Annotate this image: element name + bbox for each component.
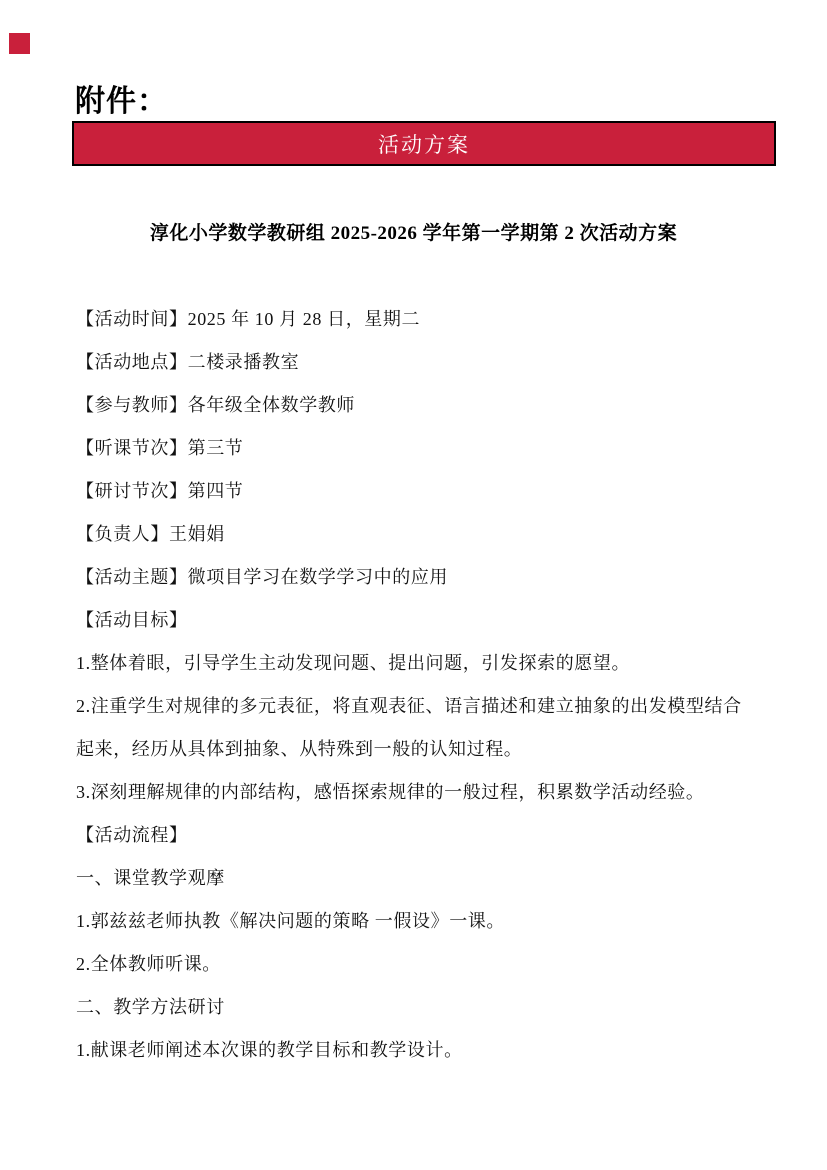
red-corner-marker: [9, 33, 30, 54]
body-line: 【活动地点】二楼录播教室: [76, 341, 757, 384]
body-line: 【参与教师】各年级全体数学教师: [76, 384, 757, 427]
body-line: 【活动流程】: [76, 814, 757, 857]
body-line: 1.整体着眼，引导学生主动发现问题、提出问题，引发探索的愿望。: [76, 642, 757, 685]
document-title: 淳化小学数学教研组 2025-2026 学年第一学期第 2 次活动方案: [60, 218, 767, 245]
body-line: 1.郭兹兹老师执教《解决问题的策略 一假设》一课。: [76, 900, 757, 943]
body-line: 3.深刻理解规律的内部结构，感悟探索规律的一般过程，积累数学活动经验。: [76, 771, 757, 814]
body-line: 【听课节次】第三节: [76, 427, 757, 470]
body-line: 起来，经历从具体到抽象、从特殊到一般的认知过程。: [76, 728, 757, 771]
banner-title: 活动方案: [378, 129, 470, 159]
body-line: 2.全体教师听课。: [76, 943, 757, 986]
document-body: 【活动时间】2025 年 10 月 28 日，星期二【活动地点】二楼录播教室【参…: [76, 298, 757, 1072]
body-line: 【活动主题】微项目学习在数学学习中的应用: [76, 556, 757, 599]
body-line: 【活动目标】: [76, 599, 757, 642]
body-line: 1.献课老师阐述本次课的教学目标和教学设计。: [76, 1029, 757, 1072]
body-line: 一、课堂教学观摩: [76, 857, 757, 900]
body-line: 【负责人】王娟娟: [76, 513, 757, 556]
body-line: 2.注重学生对规律的多元表征，将直观表征、语言描述和建立抽象的出发模型结合: [76, 685, 757, 728]
banner: 活动方案: [72, 121, 776, 166]
document-page: 附件： 活动方案 淳化小学数学教研组 2025-2026 学年第一学期第 2 次…: [0, 0, 827, 1170]
body-line: 二、教学方法研讨: [76, 986, 757, 1029]
attachment-heading: 附件：: [75, 76, 168, 120]
body-line: 【研讨节次】第四节: [76, 470, 757, 513]
body-line: 【活动时间】2025 年 10 月 28 日，星期二: [76, 298, 757, 341]
